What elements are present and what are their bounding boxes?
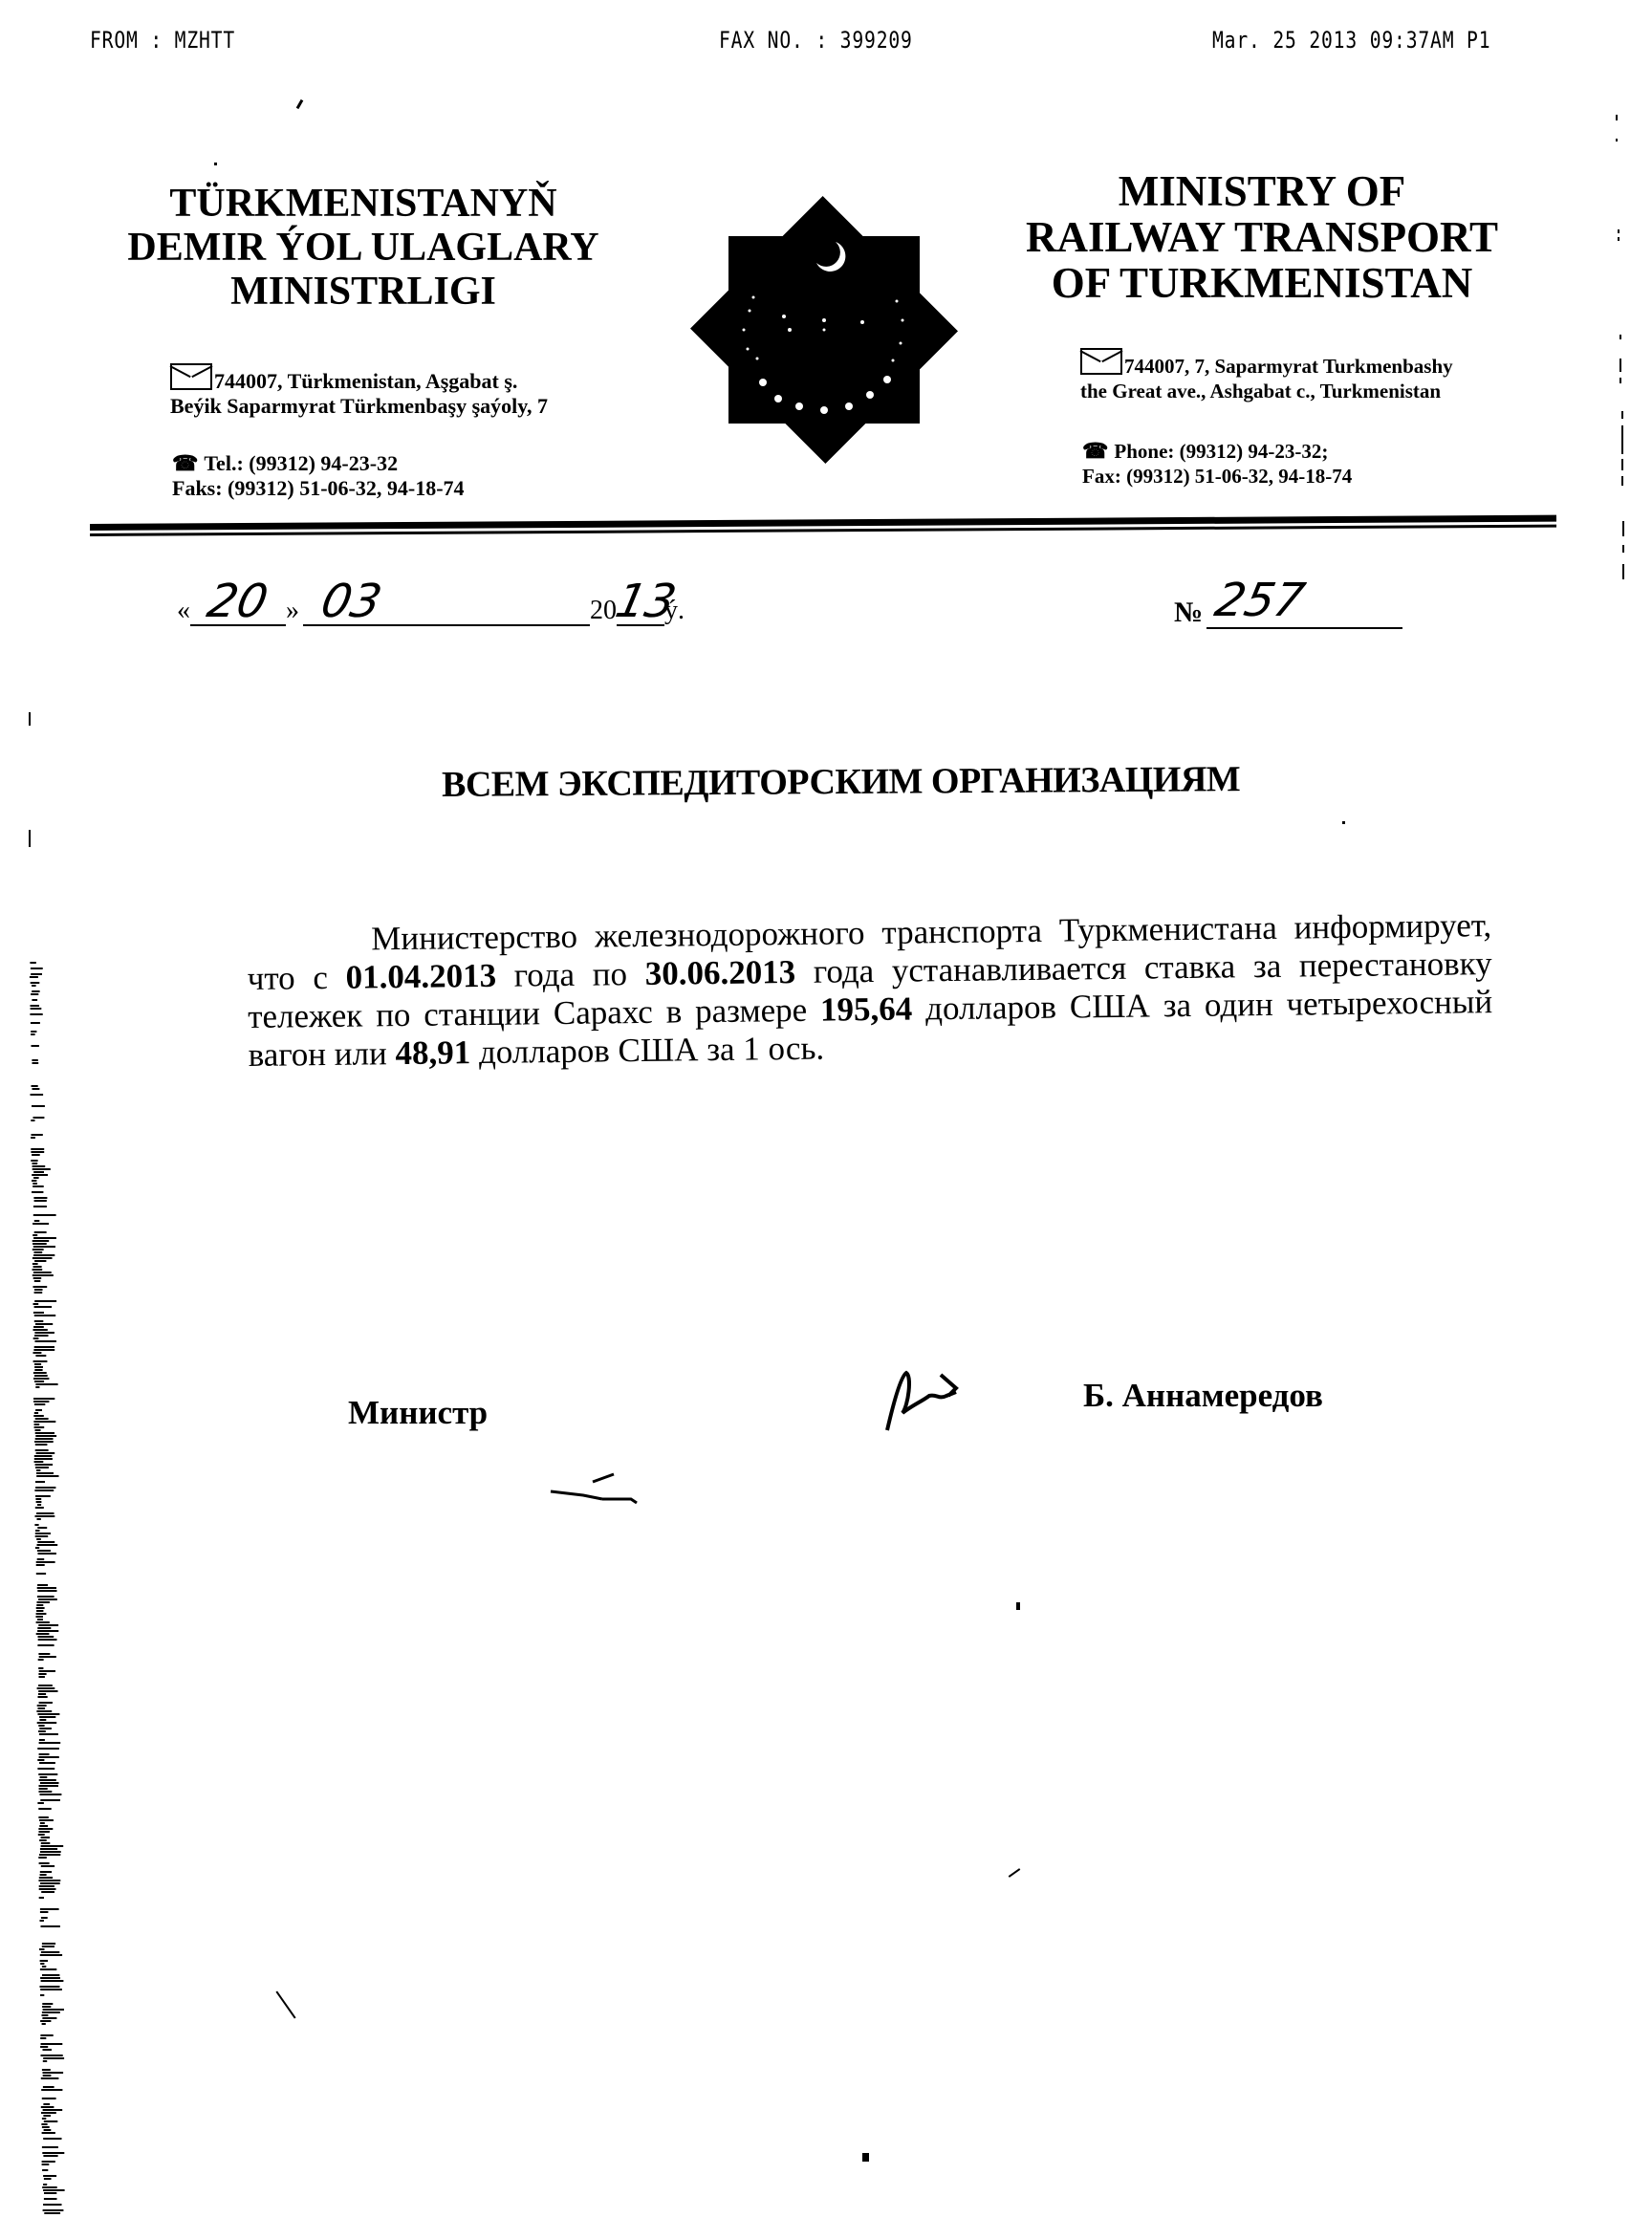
body-text-segment: года по (496, 955, 645, 994)
addressee-heading: ВСЕМ ЭКСПЕДИТОРСКИМ ОРГАНИЗАЦИЯМ (442, 758, 1241, 806)
contacts-turkmen: ☎Tel.: (99312) 94-23-32 Faks: (99312) 51… (172, 451, 465, 501)
document-number: № 257 (1174, 574, 1402, 629)
date-month: 03 (317, 578, 385, 624)
org-title-line: MINISTRLIGI (105, 270, 621, 314)
fax-datetime-page: Mar. 25 2013 09:37AM P1 (1212, 27, 1490, 54)
scan-speck (1016, 1602, 1020, 1610)
phone-line: Tel.: (99312) 94-23-32 (204, 451, 398, 475)
address-turkmen: 744007, Türkmenistan, Aşgabat ş. Beýik S… (170, 363, 548, 419)
scan-edge-noise (1606, 96, 1625, 956)
telephone-icon: ☎ (1082, 439, 1108, 463)
org-title-line: DEMIR ÝOL ULAGLARY (105, 226, 621, 270)
initials-mark (545, 1463, 650, 1511)
envelope-icon (170, 363, 212, 390)
scan-speck (1342, 821, 1345, 824)
address-line: 744007, 7, Saparmyrat Turkmenbashy (1124, 355, 1453, 378)
body-highlight-value: 30.06.2013 (644, 953, 795, 992)
fax-number: FAX NO. : 399209 (719, 27, 913, 54)
scan-speck (214, 163, 217, 165)
scan-speck (275, 1991, 295, 2019)
scan-edge-noise (27, 956, 65, 2218)
body-text-segment: долларов США за 1 ось. (470, 1030, 824, 1072)
fax-sender: FROM : MZHTT (90, 27, 235, 54)
org-title-english: MINISTRY OF RAILWAY TRANSPORT OF TURKMEN… (994, 168, 1530, 306)
state-emblem-icon (679, 191, 966, 468)
org-title-line: RAILWAY TRANSPORT (994, 214, 1530, 260)
scan-speck (1009, 1868, 1021, 1878)
document-date: « 20 » 03 20 13 ý. (177, 578, 685, 626)
address-english: 744007, 7, Saparmyrat Turkmenbashy the G… (1080, 348, 1453, 403)
letter-body: Министерство железнодорожного транспорта… (247, 906, 1493, 1075)
body-highlight-value: 195,64 (820, 990, 913, 1029)
address-line: 744007, Türkmenistan, Aşgabat ş. (214, 369, 517, 393)
phone-line: Phone: (99312) 94-23-32; (1114, 440, 1328, 463)
date-year-suffix: 13 (612, 578, 680, 624)
scan-speck (29, 830, 31, 847)
envelope-icon (1080, 348, 1122, 375)
signatory-title: Министр (348, 1394, 488, 1432)
date-day: 20 (204, 578, 272, 624)
signatory-name: Б. Аннамередов (1083, 1377, 1323, 1415)
org-title-line: TÜRKMENISTANYŇ (105, 182, 621, 226)
body-paragraph: Министерство железнодорожного транспорта… (247, 906, 1493, 1075)
letterhead-divider (90, 515, 1556, 543)
fax-line: Faks: (99312) 51-06-32, 94-18-74 (172, 476, 465, 501)
org-title-turkmen: TÜRKMENISTANYŇ DEMIR ÝOL ULAGLARY MINIST… (105, 182, 621, 314)
scan-speck (29, 712, 31, 726)
number-value: 257 (1210, 574, 1310, 627)
signature-mark (880, 1367, 994, 1434)
address-line: Beýik Saparmyrat Türkmenbaşy şaýoly, 7 (170, 394, 548, 419)
date-close-quote: » (286, 596, 299, 626)
number-label: № (1174, 597, 1203, 629)
scan-speck (296, 99, 304, 109)
contacts-english: ☎Phone: (99312) 94-23-32; Fax: (99312) 5… (1082, 439, 1352, 489)
body-highlight-value: 01.04.2013 (345, 957, 496, 996)
fax-line: Fax: (99312) 51-06-32, 94-18-74 (1082, 464, 1352, 489)
body-highlight-value: 48,91 (395, 1033, 470, 1072)
address-line: the Great ave., Ashgabat c., Turkmenista… (1080, 379, 1453, 403)
org-title-line: MINISTRY OF (994, 168, 1530, 214)
org-title-line: OF TURKMENISTAN (994, 260, 1530, 306)
date-open-quote: « (177, 596, 190, 626)
telephone-icon: ☎ (172, 451, 198, 475)
scan-speck (862, 2153, 869, 2162)
